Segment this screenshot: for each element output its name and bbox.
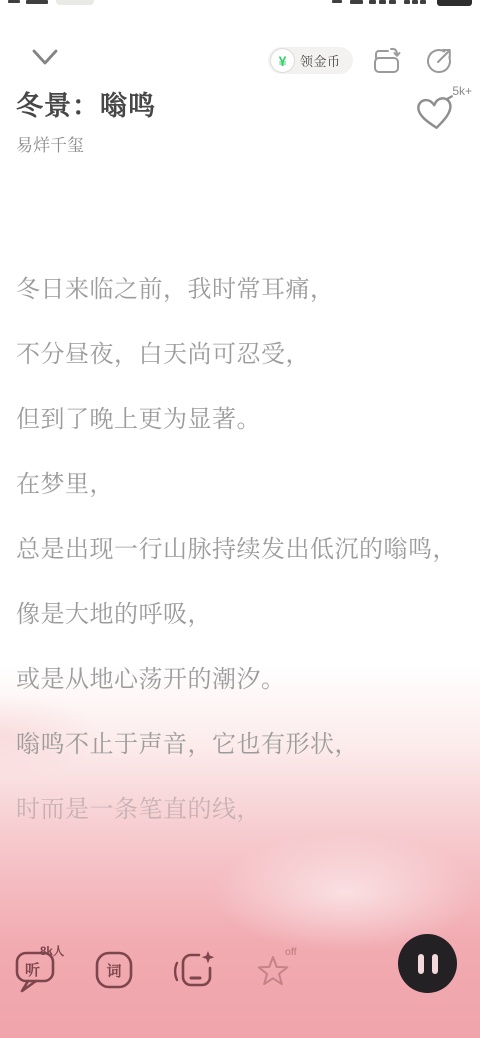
lyric-mode-button[interactable]: 词 [94,950,134,990]
lyric-line[interactable]: 冬日来临之前，我时常耳痛， [16,278,480,302]
effect-state-label: off [285,946,296,958]
pause-icon [418,954,438,974]
coin-badge-label: 领金币 [300,51,341,70]
pause-button[interactable] [398,934,457,993]
status-pill-fragment [56,0,94,5]
battery-icon [437,0,472,6]
artist-name[interactable]: 易烊千玺 [16,131,84,156]
poster-sparkle-icon [170,948,218,992]
like-button[interactable]: 5k+ [412,84,474,134]
like-count: 5k+ [452,84,472,98]
wifi-icon [404,0,410,4]
signal-icon [369,0,376,4]
coin-reward-badge[interactable]: ¥ 领金币 [268,47,353,74]
lyric-line[interactable]: 时而是一条笔直的线， [16,798,480,822]
share-icon [424,45,456,77]
song-title: 冬景：嗡鸣 [16,84,156,123]
wifi-icon [412,0,418,4]
share-poster-button[interactable] [170,948,218,992]
lyric-line[interactable]: 总是出现一行山脉持续发出低沉的嗡鸣， [16,538,480,562]
lyric-line[interactable]: 嗡鸣不止于声音，它也有形状， [16,733,480,757]
lyric-line[interactable]: 不分昼夜，白天尚可忍受， [16,343,480,367]
coin-icon: ¥ [270,48,295,73]
listen-together-button[interactable]: 听 8k人 [14,946,84,996]
heart-icon [412,91,458,135]
lyric-line[interactable]: 或是从地心荡开的潮汐。 [16,668,480,692]
chevron-down-icon [30,46,60,70]
effect-toggle-button[interactable]: off [252,948,304,990]
listener-count: 8k人 [40,943,64,959]
signal-icon [379,0,386,4]
status-icon-fragment [350,0,363,4]
lyric-line[interactable]: 像是大地的呼吸， [16,603,480,627]
lyric-mode-label: 词 [94,950,134,990]
wifi-icon [420,0,426,4]
status-icon-fragment [332,0,342,3]
status-time-fragment [26,0,48,4]
listen-label: 听 [25,959,40,980]
lyric-line[interactable]: 但到了晚上更为显著。 [16,408,480,432]
share-button[interactable] [424,45,456,77]
signal-icon [389,0,396,4]
collapse-player-button[interactable] [30,46,60,70]
lyrics-panel: 冬日来临之前，我时常耳痛， 不分昼夜，白天尚可忍受， 但到了晚上更为显著。 在梦… [16,278,480,863]
status-time-fragment [8,0,20,3]
add-to-playlist-icon [371,45,403,77]
lyric-line[interactable]: 在梦里， [16,473,480,497]
add-to-playlist-button[interactable] [371,45,403,77]
